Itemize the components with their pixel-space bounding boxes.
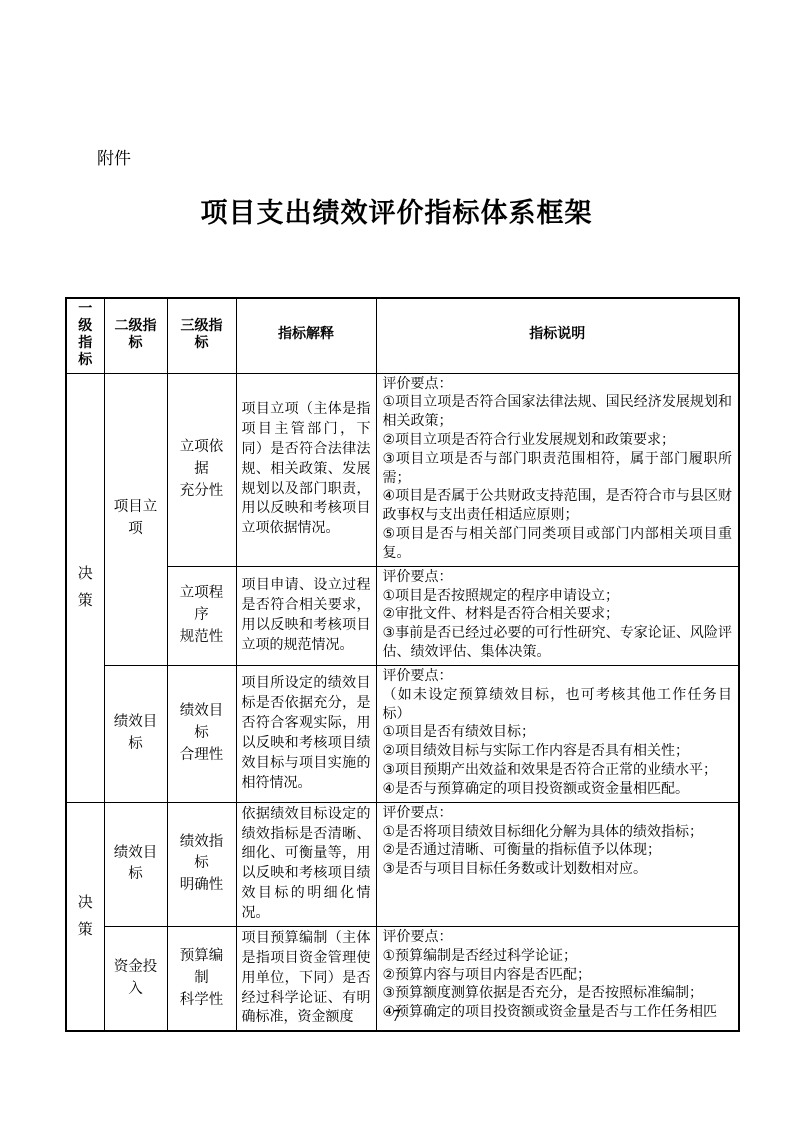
table-row: 立项程 序 规范性 项目申请、设立过程是否符合相关要求，用以反映和考核项目立项的… [66,566,739,665]
header-level3-indicator: 三级指 标 [167,298,236,373]
cell-indicator-explanation: 依据绩效目标设定的绩效指标是否清晰、细化、可衡量等，用以反映和考核项目绩效目标的… [236,802,376,926]
cell-level2-indicator: 绩效目 标 [104,665,167,802]
cell-indicator-description: 评价要点： ①是否将项目绩效目标细化分解为具体的绩效指标； ②是否通过清晰、可衡… [376,802,739,926]
header-indicator-explanation: 指标解释 [236,298,376,373]
cell-level1-indicator: 决 策 [66,802,104,1031]
cell-level2-indicator: 项目立 项 [104,373,167,665]
cell-level3-indicator: 绩效指 标 明确性 [167,802,236,926]
cell-level3-indicator: 立项程 序 规范性 [167,566,236,665]
indicator-table: 一 级 指 标 二级指 标 三级指 标 指标解释 指标说明 决 策 项目立 项 … [65,297,740,1032]
table-row: 绩效目 标 绩效目 标 合理性 项目所设定的绩效目标是否依据充分，是否符合客观实… [66,665,739,802]
cell-level3-indicator: 绩效目 标 合理性 [167,665,236,802]
header-indicator-description: 指标说明 [376,298,739,373]
header-level1-indicator: 一 级 指 标 [66,298,104,373]
cell-level2-indicator: 绩效目 标 [104,802,167,926]
table-row: 决 策 绩效目 标 绩效指 标 明确性 依据绩效目标设定的绩效指标是否清晰、细化… [66,802,739,926]
cell-level3-indicator: 立项依 据 充分性 [167,373,236,566]
table-row: 决 策 项目立 项 立项依 据 充分性 项目立项（主体是指项目主管部门，下同）是… [66,373,739,566]
cell-indicator-explanation: 项目立项（主体是指项目主管部门，下同）是否符合法律法规、相关政策、发展规划以及部… [236,373,376,566]
attachment-label: 附件 [97,144,131,169]
header-level2-indicator: 二级指 标 [104,298,167,373]
page-number: 7 [0,1006,793,1026]
cell-indicator-description: 评价要点： ①项目是否按照规定的程序申请设立； ②审批文件、材料是否符合相关要求… [376,566,739,665]
cell-indicator-description: 评价要点： ①项目立项是否符合国家法律法规、国民经济发展规划和相关政策； ②项目… [376,373,739,566]
table-header-row: 一 级 指 标 二级指 标 三级指 标 指标解释 指标说明 [66,298,739,373]
cell-level1-indicator: 决 策 [66,373,104,802]
page-title: 项目支出绩效评价指标体系框架 [0,191,793,230]
cell-indicator-explanation: 项目申请、设立过程是否符合相关要求，用以反映和考核项目立项的规范情况。 [236,566,376,665]
document-page: 附件 项目支出绩效评价指标体系框架 一 级 指 标 二级指 标 三级指 标 指标… [0,0,793,1122]
cell-indicator-description: 评价要点： （如未设定预算绩效目标，也可考核其他工作任务目标） ①项目是否有绩效… [376,665,739,802]
cell-indicator-explanation: 项目所设定的绩效目标是否依据充分，是否符合客观实际，用以反映和考核项目绩效目标与… [236,665,376,802]
